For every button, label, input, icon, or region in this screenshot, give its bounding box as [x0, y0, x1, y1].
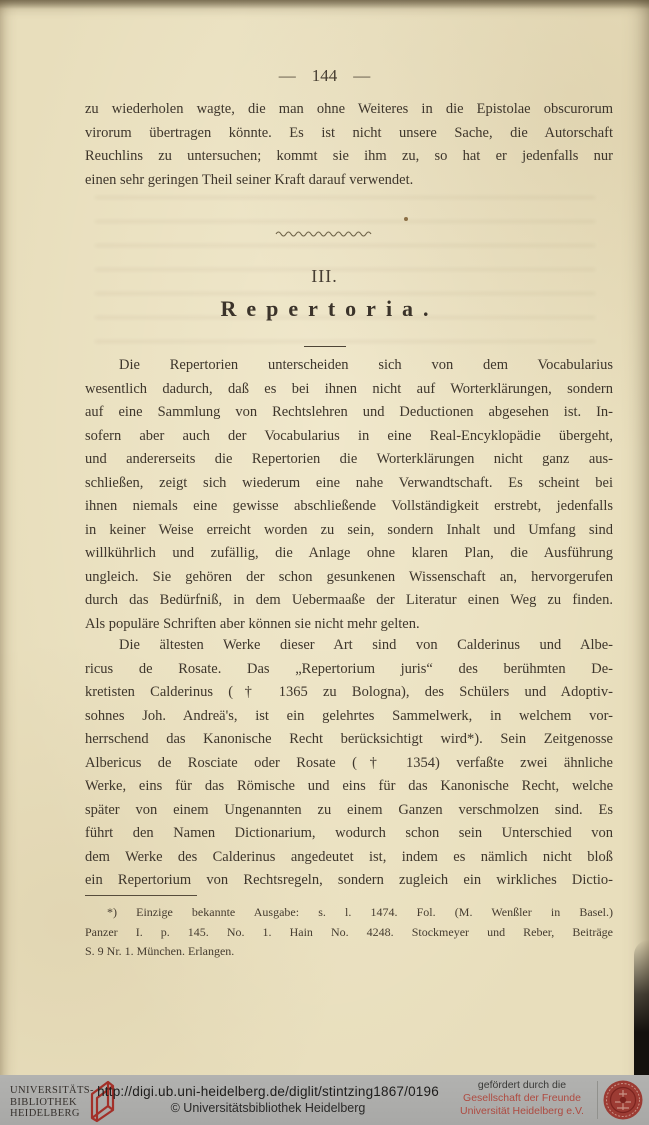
- text-line: führt den Namen Dictionarium, wodurch sc…: [85, 822, 613, 846]
- page-number-value: 144: [312, 66, 338, 85]
- footnote-rule: [85, 895, 197, 896]
- text-line: in keiner Weise erreicht worden zu sein,…: [85, 519, 613, 543]
- text-line: S. 9 Nr. 1. München. Erlangen.: [85, 942, 613, 962]
- text-line: auf eine Sammlung von Rechtslehren und D…: [85, 401, 613, 425]
- text-line: herrschend das Kanonische Recht berücksi…: [85, 728, 613, 752]
- paragraph-continuation: zu wiederholen wagte, die man ohne Weite…: [85, 98, 613, 192]
- digitization-reference: http://digi.ub.uni-heidelberg.de/diglit/…: [96, 1084, 440, 1115]
- text-line: durch das Bedürfniß, in dem Uebermaaße d…: [85, 589, 613, 613]
- text-line: virorum übertragen könnte. Es ist nicht …: [85, 122, 613, 146]
- bar-divider: [597, 1081, 598, 1119]
- section-title-rule: [304, 346, 346, 347]
- text-line: dem Werke des Calderinus angedeutet ist,…: [85, 846, 613, 870]
- text-line: schließen, zeigt sich wiederum eine nahe…: [85, 472, 613, 496]
- footnote: *) Einzige bekannte Ausgabe: s. l. 1474.…: [85, 903, 613, 962]
- text-line: Werke, eins für das Römische und eins fü…: [85, 775, 613, 799]
- section-numeral: III.: [0, 266, 649, 287]
- text-line: einen sehr geringen Theil seiner Kraft d…: [85, 169, 613, 193]
- text-line: ihnen niemals eine gewisse abschließende…: [85, 495, 613, 519]
- section-divider-squiggle-icon: [0, 224, 649, 242]
- library-wordmark-line2: BIBLIOTHEK: [10, 1097, 94, 1109]
- text-line: sofern aber auch der Vocabularius in ein…: [85, 425, 613, 449]
- text-line: zu wiederholen wagte, die man ohne Weite…: [85, 98, 613, 122]
- paragraph-intro: Die Repertorien unterscheiden sich von d…: [85, 354, 613, 636]
- funding-line1: gefördert durch die: [452, 1079, 592, 1092]
- text-line: Albericus de Rosciate oder Rosate († 135…: [85, 752, 613, 776]
- text-line: später von einem Ungenannten zu einem Ga…: [85, 799, 613, 823]
- text-line: willkührlich und zufällig, die Anlage oh…: [85, 542, 613, 566]
- scan-top-edge: [0, 0, 649, 9]
- library-wordmark: UNIVERSITÄTS- BIBLIOTHEK HEIDELBERG: [10, 1085, 94, 1120]
- page-number: —144—: [0, 66, 649, 86]
- library-wordmark-line1: UNIVERSITÄTS-: [10, 1085, 94, 1097]
- library-brand-bar: UNIVERSITÄTS- BIBLIOTHEK HEIDELBERG http…: [0, 1075, 649, 1125]
- text-line: ricus de Rosate. Das „Repertorium juris“…: [85, 658, 613, 682]
- ink-speck: [404, 217, 408, 221]
- text-line: *) Einzige bekannte Ausgabe: s. l. 1474.…: [85, 903, 613, 923]
- text-line: Panzer I. p. 145. No. 1. Hain No. 4248. …: [85, 923, 613, 943]
- paragraph-works: Die ältesten Werke dieser Art sind von C…: [85, 634, 613, 893]
- text-line: und andererseits die Repertorien die Wor…: [85, 448, 613, 472]
- text-line: Reuchlins zu untersuchen; kommt sie ihm …: [85, 145, 613, 169]
- text-line: ungleich. Sie gehören der schon gesunken…: [85, 566, 613, 590]
- university-heidelberg-seal-icon: [602, 1079, 644, 1125]
- copyright-line: © Universitätsbibliothek Heidelberg: [96, 1101, 440, 1115]
- library-wordmark-line3: HEIDELBERG: [10, 1108, 94, 1120]
- funding-credit: gefördert durch die Gesellschaft der Fre…: [452, 1079, 592, 1118]
- page-number-dash-left: —: [279, 66, 296, 85]
- text-line: kretisten Calderinus († 1365 zu Bologna)…: [85, 681, 613, 705]
- text-line: Die ältesten Werke dieser Art sind von C…: [85, 634, 613, 658]
- text-line: wesentlich dadurch, daß es bei ihnen nic…: [85, 378, 613, 402]
- funding-line3: Universität Heidelberg e.V.: [452, 1105, 592, 1118]
- section-title: Repertoria.: [0, 296, 649, 322]
- text-line: Als populäre Schriften aber können sie n…: [85, 613, 613, 637]
- scan-dark-edge: [634, 940, 649, 1076]
- text-line: Die Repertorien unterscheiden sich von d…: [85, 354, 613, 378]
- text-line: sohnes Joh. Andreä's, ist ein gelehrtes …: [85, 705, 613, 729]
- text-line: ein Repertorium von Rechtsregeln, sonder…: [85, 869, 613, 893]
- funding-line2: Gesellschaft der Freunde: [452, 1092, 592, 1105]
- scan-url: http://digi.ub.uni-heidelberg.de/diglit/…: [96, 1084, 440, 1099]
- page-number-dash-right: —: [353, 66, 370, 85]
